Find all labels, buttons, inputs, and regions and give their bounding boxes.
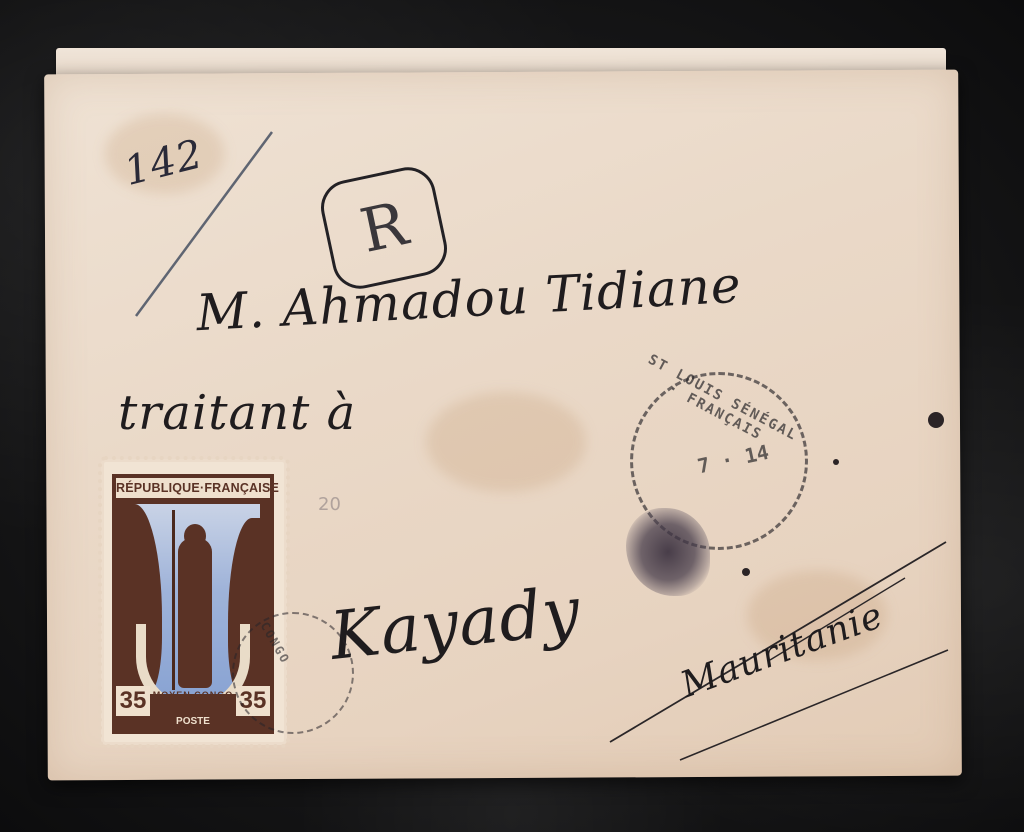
- ink-dot: [742, 568, 750, 576]
- stamp-header: RÉPUBLIQUE·FRANÇAISE: [116, 478, 270, 498]
- postmark-stamp-cancel: CONGO: [232, 612, 354, 734]
- ink-spot: [928, 412, 944, 428]
- cancel-ring-text: CONGO: [257, 620, 292, 667]
- faint-mark: 20: [318, 494, 341, 515]
- stamp-value-left: 35: [116, 686, 150, 716]
- stamp-tusk-text: MOYEN CONGO: [148, 690, 238, 694]
- ink-dot: [833, 459, 839, 465]
- addressee-profession: traitant à: [118, 385, 356, 441]
- stamp-footer: POSTE: [152, 716, 234, 730]
- postmark-date: 7 · 14: [695, 440, 771, 478]
